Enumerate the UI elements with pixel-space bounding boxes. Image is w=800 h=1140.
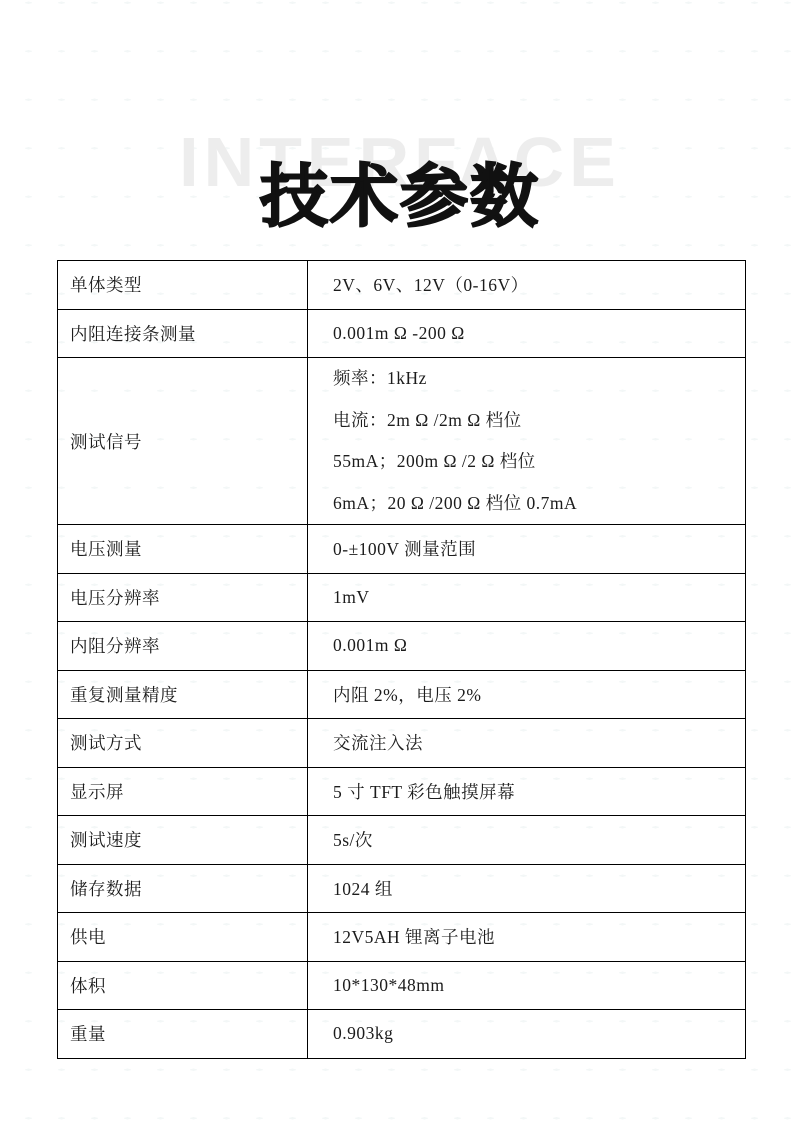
table-row: 电压测量 0-±100V 测量范围: [58, 525, 746, 574]
spec-value: 0-±100V 测量范围: [308, 525, 746, 574]
spec-label: 内阻连接条测量: [58, 309, 308, 358]
table-row: 重量 0.903kg: [58, 1010, 746, 1059]
spec-value: 频率：1kHz 电流：2m Ω /2m Ω 档位 55mA；200m Ω /2 …: [308, 358, 746, 525]
table-row: 储存数据 1024 组: [58, 864, 746, 913]
spec-label: 重复测量精度: [58, 670, 308, 719]
spec-label: 储存数据: [58, 864, 308, 913]
page-header: INTERFACE 技术参数: [0, 0, 800, 260]
spec-value: 1024 组: [308, 864, 746, 913]
spec-label: 内阻分辨率: [58, 622, 308, 671]
table-row: 单体类型 2V、6V、12V（0-16V）: [58, 261, 746, 310]
spec-value-line: 电流：2m Ω /2m Ω 档位: [333, 400, 745, 442]
spec-value: 1mV: [308, 573, 746, 622]
spec-value: 5 寸 TFT 彩色触摸屏幕: [308, 767, 746, 816]
spec-value-line: 55mA；200m Ω /2 Ω 档位: [333, 441, 745, 483]
spec-value: 5s/次: [308, 816, 746, 865]
spec-value: 内阻 2%，电压 2%: [308, 670, 746, 719]
table-row: 供电 12V5AH 锂离子电池: [58, 913, 746, 962]
spec-label: 供电: [58, 913, 308, 962]
table-row: 电压分辨率 1mV: [58, 573, 746, 622]
page-title: 技术参数: [0, 143, 800, 240]
table-row: 测试速度 5s/次: [58, 816, 746, 865]
spec-value: 10*130*48mm: [308, 961, 746, 1010]
spec-table: 单体类型 2V、6V、12V（0-16V） 内阻连接条测量 0.001m Ω -…: [57, 260, 746, 1059]
table-row: 内阻分辨率 0.001m Ω: [58, 622, 746, 671]
spec-label: 测试速度: [58, 816, 308, 865]
table-row: 体积 10*130*48mm: [58, 961, 746, 1010]
spec-value: 0.903kg: [308, 1010, 746, 1059]
spec-label: 单体类型: [58, 261, 308, 310]
spec-value: 2V、6V、12V（0-16V）: [308, 261, 746, 310]
spec-label: 体积: [58, 961, 308, 1010]
table-row: 测试信号 频率：1kHz 电流：2m Ω /2m Ω 档位 55mA；200m …: [58, 358, 746, 525]
spec-label: 电压分辨率: [58, 573, 308, 622]
spec-value: 0.001m Ω -200 Ω: [308, 309, 746, 358]
spec-label: 测试方式: [58, 719, 308, 768]
spec-value: 12V5AH 锂离子电池: [308, 913, 746, 962]
table-row: 测试方式 交流注入法: [58, 719, 746, 768]
table-row: 重复测量精度 内阻 2%，电压 2%: [58, 670, 746, 719]
spec-label: 重量: [58, 1010, 308, 1059]
spec-value-line: 频率：1kHz: [333, 358, 745, 400]
spec-label: 电压测量: [58, 525, 308, 574]
spec-label: 显示屏: [58, 767, 308, 816]
spec-value-line: 6mA；20 Ω /200 Ω 档位 0.7mA: [333, 483, 745, 525]
spec-label: 测试信号: [58, 358, 308, 525]
table-row: 显示屏 5 寸 TFT 彩色触摸屏幕: [58, 767, 746, 816]
table-row: 内阻连接条测量 0.001m Ω -200 Ω: [58, 309, 746, 358]
spec-value: 交流注入法: [308, 719, 746, 768]
spec-value: 0.001m Ω: [308, 622, 746, 671]
